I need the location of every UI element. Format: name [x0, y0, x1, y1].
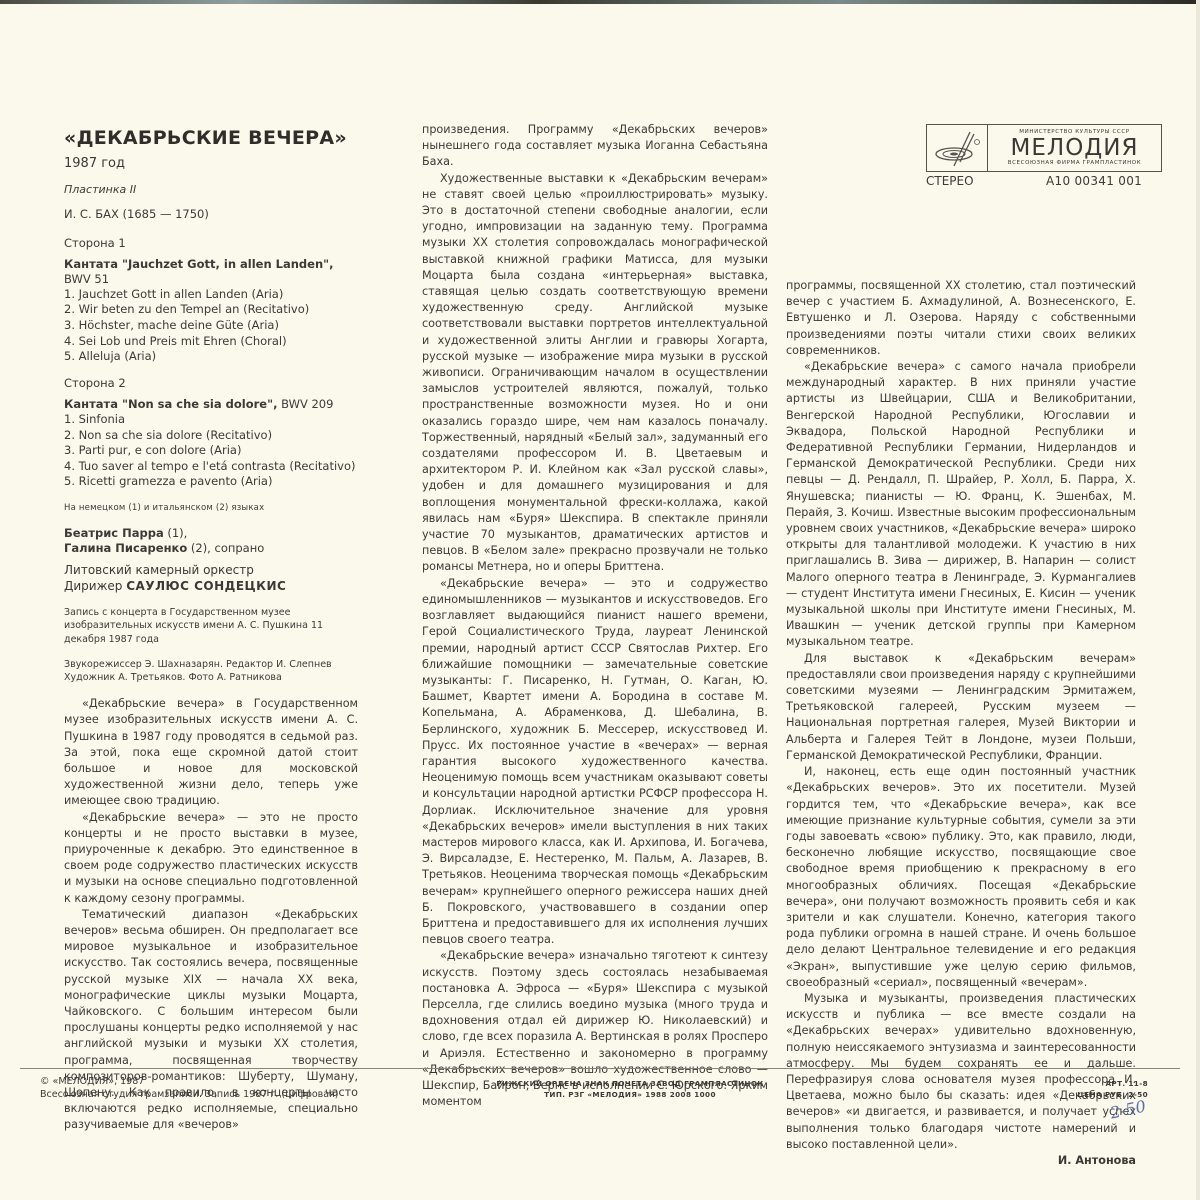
side-2-tracklist: 1. Sinfonia 2. Non sa che sia dolore (Re… — [64, 412, 358, 490]
orchestra: Литовский камерный оркестр — [64, 563, 254, 577]
copyright: © «МЕЛОДИЯ», 1987 — [40, 1075, 339, 1088]
essay-paragraph: И, наконец, есть еще один постоянный уча… — [786, 764, 1136, 991]
soloist-role: (1), — [164, 526, 188, 540]
cover-top-edge — [0, 0, 1200, 4]
footer-price: АРТ. 11-8 ЦЕНА РУБ. 2-50 — [1040, 1078, 1148, 1100]
track: 3. Höchster, mache deine Güte (Aria) — [64, 318, 358, 334]
staff-line: Звукорежиссер Э. Шахназарян. Редактор И.… — [64, 659, 332, 670]
plant-name: РИЖСКИЙ ОРДЕНА ЗНАК ПОЧЕТА ЗАВОД ГРАМПЛА… — [450, 1078, 810, 1089]
side-2-cantata: Кантата "Non sa che sia dolore", BWV 209 — [64, 397, 358, 412]
footer-plant: РИЖСКИЙ ОРДЕНА ЗНАК ПОЧЕТА ЗАВОД ГРАМПЛА… — [450, 1078, 810, 1100]
cantata-prefix: Кантата — [64, 397, 122, 411]
essay-paragraph: произведения. Программу «Декабрьских веч… — [422, 122, 768, 171]
cantata-title: "Jauchzet Gott, in allen Landen", — [122, 257, 334, 271]
author-signature: И. Антонова — [786, 1153, 1136, 1169]
label-subtitle: ВСЕСОЮЗНАЯ ФИРМА ГРАМПЛАСТИНОК — [1008, 160, 1142, 167]
bwv-number: BWV 51 — [64, 272, 109, 286]
stereo-label: СТЕРЕО — [926, 174, 974, 188]
track: 4. Tuo saver al tempo e l'etá contrasta … — [64, 459, 358, 475]
soloist-name: Галина Писаренко — [64, 541, 187, 555]
column-3: программы, посвященной XX столетию, стал… — [786, 278, 1136, 1169]
essay-paragraph: «Декабрьские вечера» — это и содружество… — [422, 576, 768, 949]
track: 1. Sinfonia — [64, 412, 358, 428]
logo-text: МИНИСТЕРСТВО КУЛЬТУРЫ СССР МЕЛОДИЯ ВСЕСО… — [988, 125, 1161, 171]
track: 5. Alleluja (Aria) — [64, 349, 358, 365]
side-1-label: Сторона 1 — [64, 235, 358, 251]
column-2: произведения. Программу «Декабрьских веч… — [422, 122, 768, 1110]
side-2-label: Сторона 2 — [64, 375, 358, 391]
essay-paragraph: Музыка и музыканты, произведения пластич… — [786, 991, 1136, 1153]
label-name: МЕЛОДИЯ — [1011, 136, 1139, 160]
cantata-prefix: Кантата — [64, 257, 122, 271]
year: 1987 год — [64, 156, 358, 172]
soloist-role: (2), сопрано — [187, 541, 264, 555]
essay-paragraph: «Декабрьские вечера» — это не просто кон… — [64, 810, 358, 907]
melodiya-logo: МИНИСТЕРСТВО КУЛЬТУРЫ СССР МЕЛОДИЯ ВСЕСО… — [926, 124, 1162, 172]
cover-right-edge — [1196, 0, 1200, 1200]
track: 2. Wir beten zu den Tempel an (Recitativ… — [64, 302, 358, 318]
studio-note: Всесоюзная студия грамзаписи. Запись 198… — [40, 1088, 339, 1101]
melodiya-logo-icon — [927, 125, 988, 171]
composer: И. С. БАХ (1685 — 1750) — [64, 206, 358, 222]
recording-note: Запись с концерта в Государственном музе… — [64, 606, 358, 646]
track: 1. Jauchzet Gott in allen Landen (Aria) — [64, 287, 358, 303]
conductor-name: САУЛЮС СОНДЕЦКИС — [126, 579, 286, 593]
track: 3. Parti pur, e con dolore (Aria) — [64, 443, 358, 459]
track: 5. Ricetti gramezza e pavento (Aria) — [64, 474, 358, 490]
soloist-name: Беатрис Парра — [64, 526, 164, 540]
column-1: «ДЕКАБРЬСКИЕ ВЕЧЕРА» 1987 год Пластинка … — [64, 126, 358, 1134]
cantata-title: "Non sa che sia dolore", — [122, 397, 277, 411]
essay-paragraph: Для выставок к «Декабрьским вечерам» пре… — [786, 651, 1136, 764]
conductor-label: Дирижер — [64, 579, 126, 593]
footer-copyright: © «МЕЛОДИЯ», 1987 Всесоюзная студия грам… — [40, 1075, 339, 1101]
catalog-number: А10 00341 001 — [1046, 174, 1142, 188]
track: 4. Sei Lob und Preis mit Ehren (Choral) — [64, 334, 358, 350]
disc-number: Пластинка II — [64, 182, 358, 198]
print-info: ТИП. РЗГ «МЕЛОДИЯ» 1988 2008 1000 — [450, 1089, 810, 1100]
art-number: АРТ. 11-8 — [1040, 1078, 1148, 1089]
soloists: Беатрис Парра (1), Галина Писаренко (2),… — [64, 526, 358, 556]
staff-credits: Звукорежиссер Э. Шахназарян. Редактор И.… — [64, 658, 358, 684]
orchestra-conductor: Литовский камерный оркестр Дирижер САУЛЮ… — [64, 562, 358, 594]
essay-paragraph: Художественные выставки к «Декабрьским в… — [422, 171, 768, 576]
track: 2. Non sa che sia dolore (Recitativo) — [64, 428, 358, 444]
staff-line: Художник А. Третьяков. Фото А. Ратникова — [64, 672, 282, 683]
essay-paragraph: «Декабрьские вечера» в Государственном м… — [64, 696, 358, 809]
page-title: «ДЕКАБРЬСКИЕ ВЕЧЕРА» — [64, 126, 358, 150]
footer-divider — [20, 1068, 1180, 1069]
languages-note: На немецком (1) и итальянском (2) языках — [64, 500, 358, 516]
side-1-cantata: Кантата "Jauchzet Gott, in allen Landen"… — [64, 257, 358, 287]
essay-paragraph: «Декабрьские вечера» с самого начала при… — [786, 359, 1136, 651]
side-1-tracklist: 1. Jauchzet Gott in allen Landen (Aria) … — [64, 287, 358, 365]
bwv-number: BWV 209 — [281, 397, 333, 411]
essay-paragraph: программы, посвященной XX столетию, стал… — [786, 278, 1136, 359]
